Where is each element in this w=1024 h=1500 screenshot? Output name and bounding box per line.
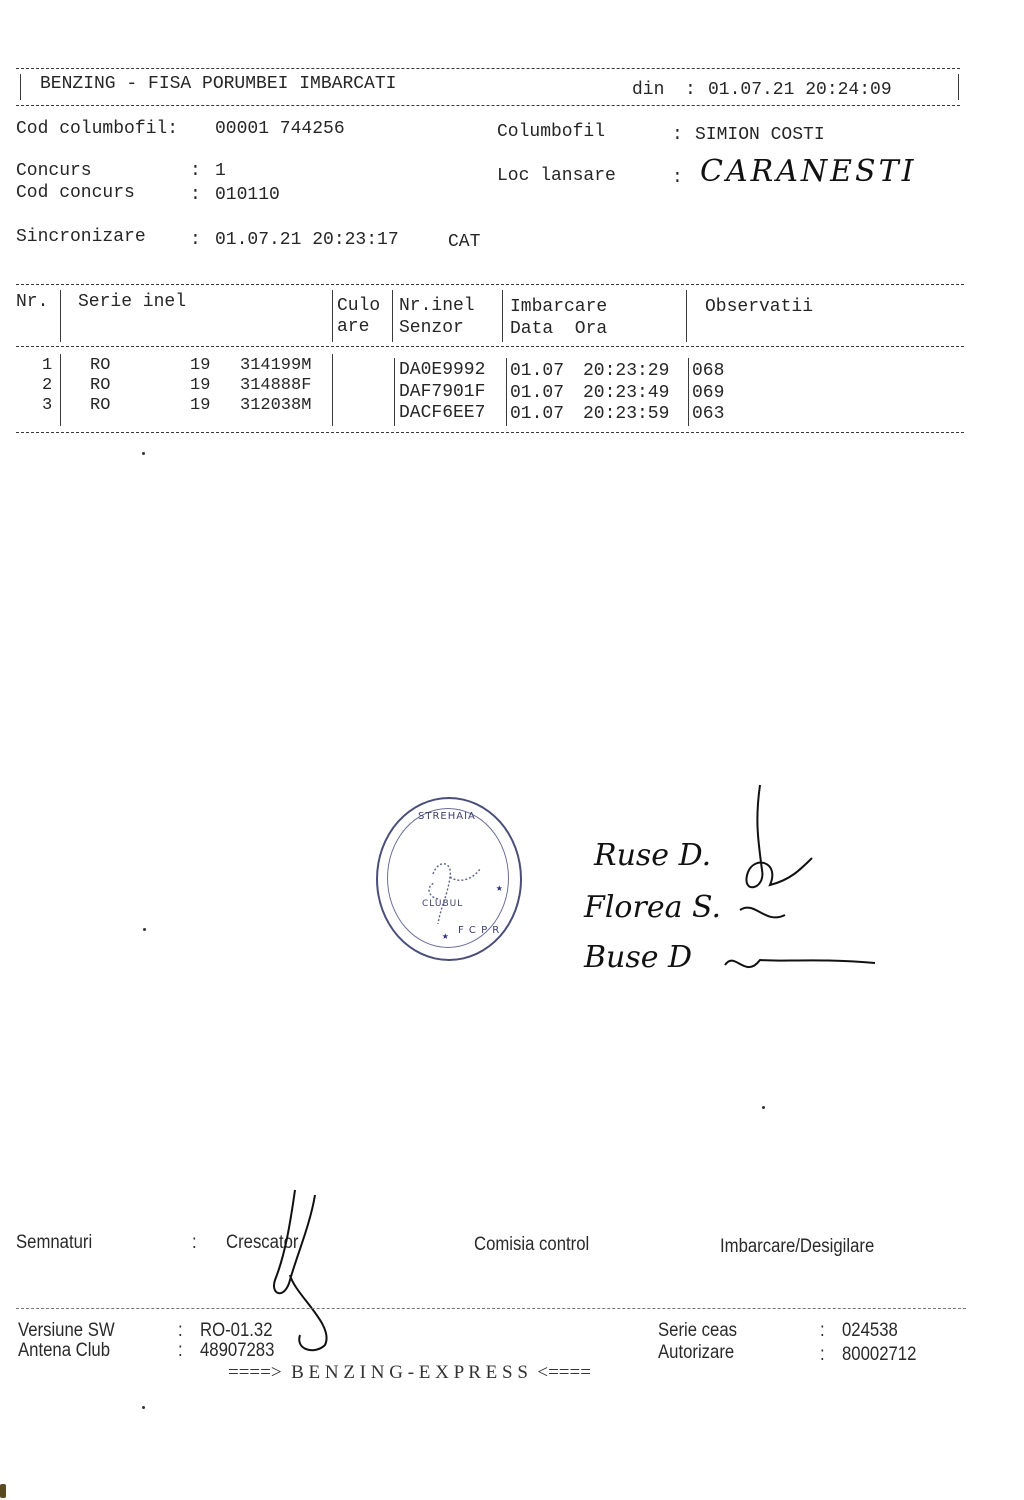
sincronizare-value: 01.07.21 20:23:17 — [215, 230, 399, 250]
row-observatii: 069 — [692, 383, 724, 403]
row-ring: 314199M — [240, 356, 311, 375]
semnaturi-label: Semnaturi — [16, 1232, 92, 1254]
footer-separator — [16, 1308, 966, 1309]
col-header-nr-inel-1: Nr.inel — [399, 296, 475, 316]
serie-ceas-value: 024538 — [842, 1320, 898, 1342]
col-header-nr: Nr. — [16, 292, 48, 312]
row-data: 01.07 — [510, 404, 564, 424]
col-header-imbarcare-2: Data Ora — [510, 319, 607, 339]
autorizare-label: Autorizare — [658, 1342, 734, 1364]
cod-concurs-label: Cod concurs — [16, 183, 135, 203]
row-observatii: 068 — [692, 361, 724, 381]
header-top-border — [16, 68, 960, 69]
benzing-express-banner: ====> B E N Z I N G - E X P R E S S <===… — [228, 1362, 591, 1384]
row-ora: 20:23:49 — [583, 383, 669, 403]
columbofil-label: Columbofil — [497, 122, 605, 142]
header-date-label: din — [632, 80, 664, 100]
commission-signature-1: Ruse D. — [594, 838, 711, 873]
row-nr: 2 — [42, 376, 52, 395]
cod-columbofil-value: 00001 744256 — [215, 119, 345, 139]
header-bottom-border — [16, 105, 960, 106]
row-nr: 1 — [42, 356, 52, 375]
col-header-nr-inel-2: Senzor — [399, 318, 464, 338]
row-ora: 20:23:29 — [583, 361, 669, 381]
row-observatii: 063 — [692, 404, 724, 424]
col-header-culoare-1: Culo — [337, 296, 380, 316]
row-senzor: DACF6EE7 — [399, 403, 485, 423]
header-left-border — [20, 74, 21, 100]
autorizare-value: 80002712 — [842, 1344, 916, 1366]
stamp-bottom-text: F C P R — [458, 925, 500, 936]
col-header-imbarcare-1: Imbarcare — [510, 297, 607, 317]
col-header-culoare-2: are — [337, 317, 369, 337]
versiune-sw-value: RO-01.32 — [200, 1320, 272, 1342]
stamp-center-text: CLUBUL — [422, 899, 463, 909]
svg-text:★: ★ — [442, 931, 449, 943]
imbarcare-desigilare-label: Imbarcare/Desigilare — [720, 1236, 874, 1258]
row-country: RO — [90, 396, 110, 415]
antena-club-label: Antena Club — [18, 1340, 110, 1362]
versiune-sw-label: Versiune SW — [18, 1320, 115, 1342]
row-senzor: DAF7901F — [399, 382, 485, 402]
speck — [142, 1406, 145, 1409]
speck — [762, 1106, 765, 1109]
table-top-border — [16, 284, 964, 285]
serie-ceas-label: Serie ceas — [658, 1320, 737, 1342]
document-title: BENZING - FISA PORUMBEI IMBARCATI — [40, 74, 396, 94]
row-country: RO — [90, 356, 110, 375]
row-year: 19 — [190, 396, 210, 415]
row-data: 01.07 — [510, 383, 564, 403]
loc-lansare-label: Loc lansare — [497, 166, 616, 186]
row-data: 01.07 — [510, 361, 564, 381]
club-stamp: ★ ★ STREHAIA CLUBUL F C P R — [376, 797, 522, 961]
header-right-border — [958, 74, 959, 100]
loc-lansare-handwritten-value: CARANESTI — [700, 154, 916, 189]
row-senzor: DA0E9992 — [399, 360, 485, 380]
row-country: RO — [90, 376, 110, 395]
cod-columbofil-label: Cod columbofil: — [16, 119, 178, 139]
row-year: 19 — [190, 376, 210, 395]
scan-edge-mark — [0, 1484, 6, 1498]
speck — [142, 452, 145, 455]
sincronizare-timezone: CAT — [448, 232, 480, 252]
svg-text:★: ★ — [496, 883, 503, 895]
commission-signature-3: Buse D — [584, 940, 692, 975]
speck — [143, 928, 146, 931]
antena-club-value: 48907283 — [200, 1340, 274, 1362]
stamp-inner-text: STREHAIA — [418, 811, 476, 822]
table-header-separator — [16, 346, 964, 347]
table-bottom-border — [16, 432, 964, 433]
row-ora: 20:23:59 — [583, 404, 669, 424]
handwritten-scribbles — [700, 780, 890, 1000]
header-date-value: 01.07.21 20:24:09 — [708, 80, 892, 100]
col-header-observatii: Observatii — [705, 297, 813, 317]
concurs-label: Concurs — [16, 161, 92, 181]
comisia-control-label: Comisia control — [474, 1234, 589, 1256]
row-ring: 312038M — [240, 396, 311, 415]
sincronizare-label: Sincronizare — [16, 227, 146, 247]
col-header-serie-inel: Serie inel — [78, 292, 186, 312]
row-year: 19 — [190, 356, 210, 375]
row-nr: 3 — [42, 396, 52, 415]
row-ring: 314888F — [240, 376, 311, 395]
cod-concurs-value: 010110 — [215, 185, 280, 205]
concurs-value: 1 — [215, 161, 226, 181]
columbofil-value: SIMION COSTI — [695, 125, 825, 145]
